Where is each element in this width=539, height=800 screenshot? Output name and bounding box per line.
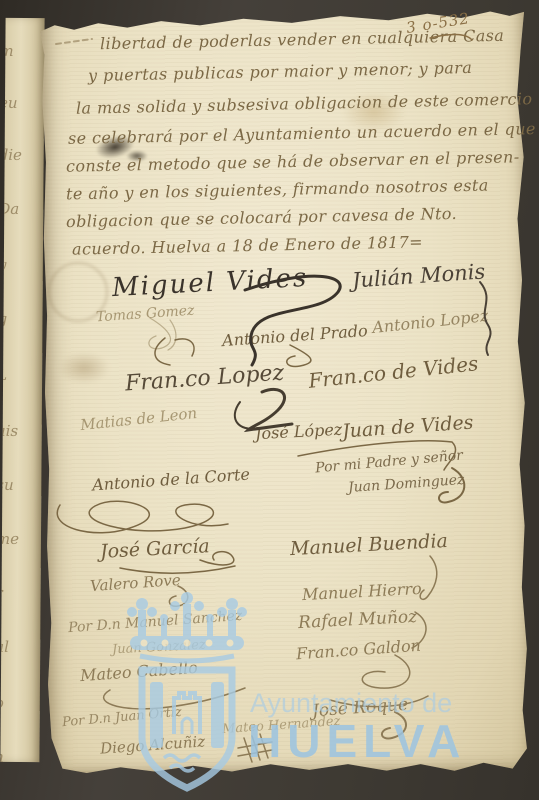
edge-text-fragment: o <box>0 694 4 712</box>
watermark-org-name: HUELVA <box>248 714 466 768</box>
edge-text-fragment: m <box>0 42 13 60</box>
edge-text-fragment: h <box>0 748 4 762</box>
edge-text-fragment: die <box>0 146 22 164</box>
adjacent-page-edge: m eu die Da y g L ais su me r al o h <box>0 18 44 762</box>
edge-text-fragment: al <box>0 638 9 656</box>
edge-text-fragment: su <box>0 476 13 494</box>
edge-text-fragment: L <box>0 366 7 384</box>
edge-text-fragment: y <box>0 256 6 274</box>
edge-text-fragment: eu <box>0 94 17 112</box>
document-scan: m eu die Da y g L ais su me r al o h 3 o… <box>0 0 539 800</box>
edge-text-fragment: r <box>0 584 2 602</box>
manuscript-page <box>40 3 532 776</box>
edge-text-fragment: Da <box>0 200 19 218</box>
edge-text-fragment: g <box>0 310 7 328</box>
edge-text-fragment: ais <box>0 422 18 440</box>
edge-text-fragment: me <box>0 530 19 548</box>
